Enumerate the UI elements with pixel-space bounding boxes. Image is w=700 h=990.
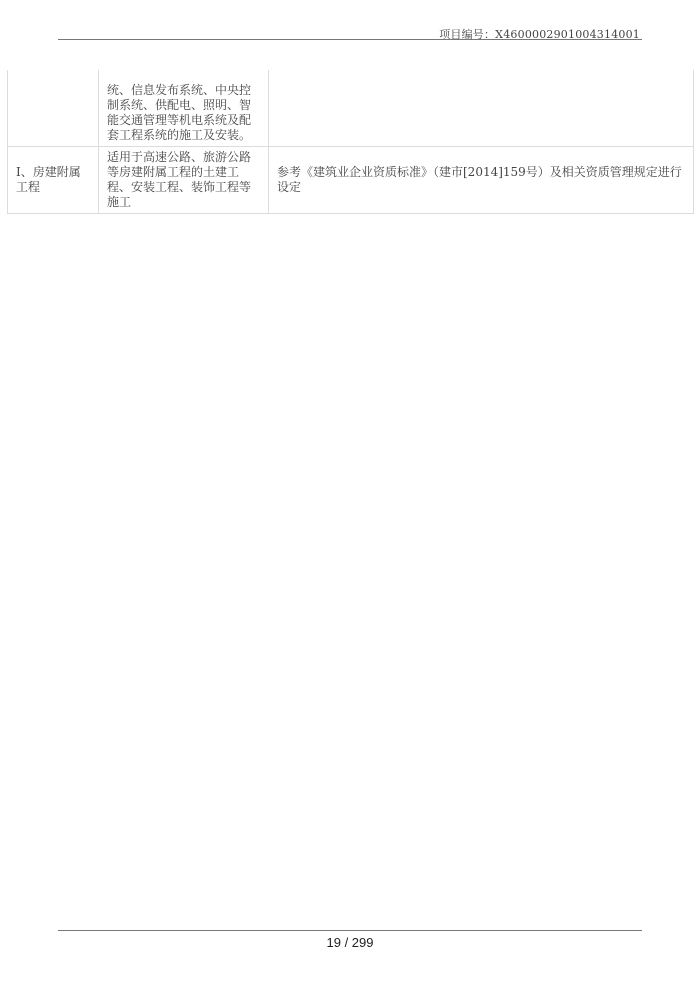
- page-indicator: 19 / 299: [0, 935, 700, 950]
- requirement-cell: [269, 70, 694, 147]
- category-cell: I、房建附属工程: [8, 147, 99, 214]
- header-divider: [58, 39, 642, 40]
- requirement-cell: 参考《建筑业企业资质标准》（建市[2014]159号）及相关资质管理规定进行设定: [269, 147, 694, 214]
- scope-cell: 适用于高速公路、旅游公路等房建附属工程的土建工程、安装工程、装饰工程等施工: [99, 147, 269, 214]
- scope-cell: 统、信息发布系统、中央控制系统、供配电、照明、智能交通管理等机电系统及配套工程系…: [99, 70, 269, 147]
- footer-divider: [58, 930, 642, 931]
- table-row: I、房建附属工程 适用于高速公路、旅游公路等房建附属工程的土建工程、安装工程、装…: [8, 147, 694, 214]
- table-row: 统、信息发布系统、中央控制系统、供配电、照明、智能交通管理等机电系统及配套工程系…: [8, 70, 694, 147]
- qualification-table: 统、信息发布系统、中央控制系统、供配电、照明、智能交通管理等机电系统及配套工程系…: [7, 70, 694, 214]
- category-cell: [8, 70, 99, 147]
